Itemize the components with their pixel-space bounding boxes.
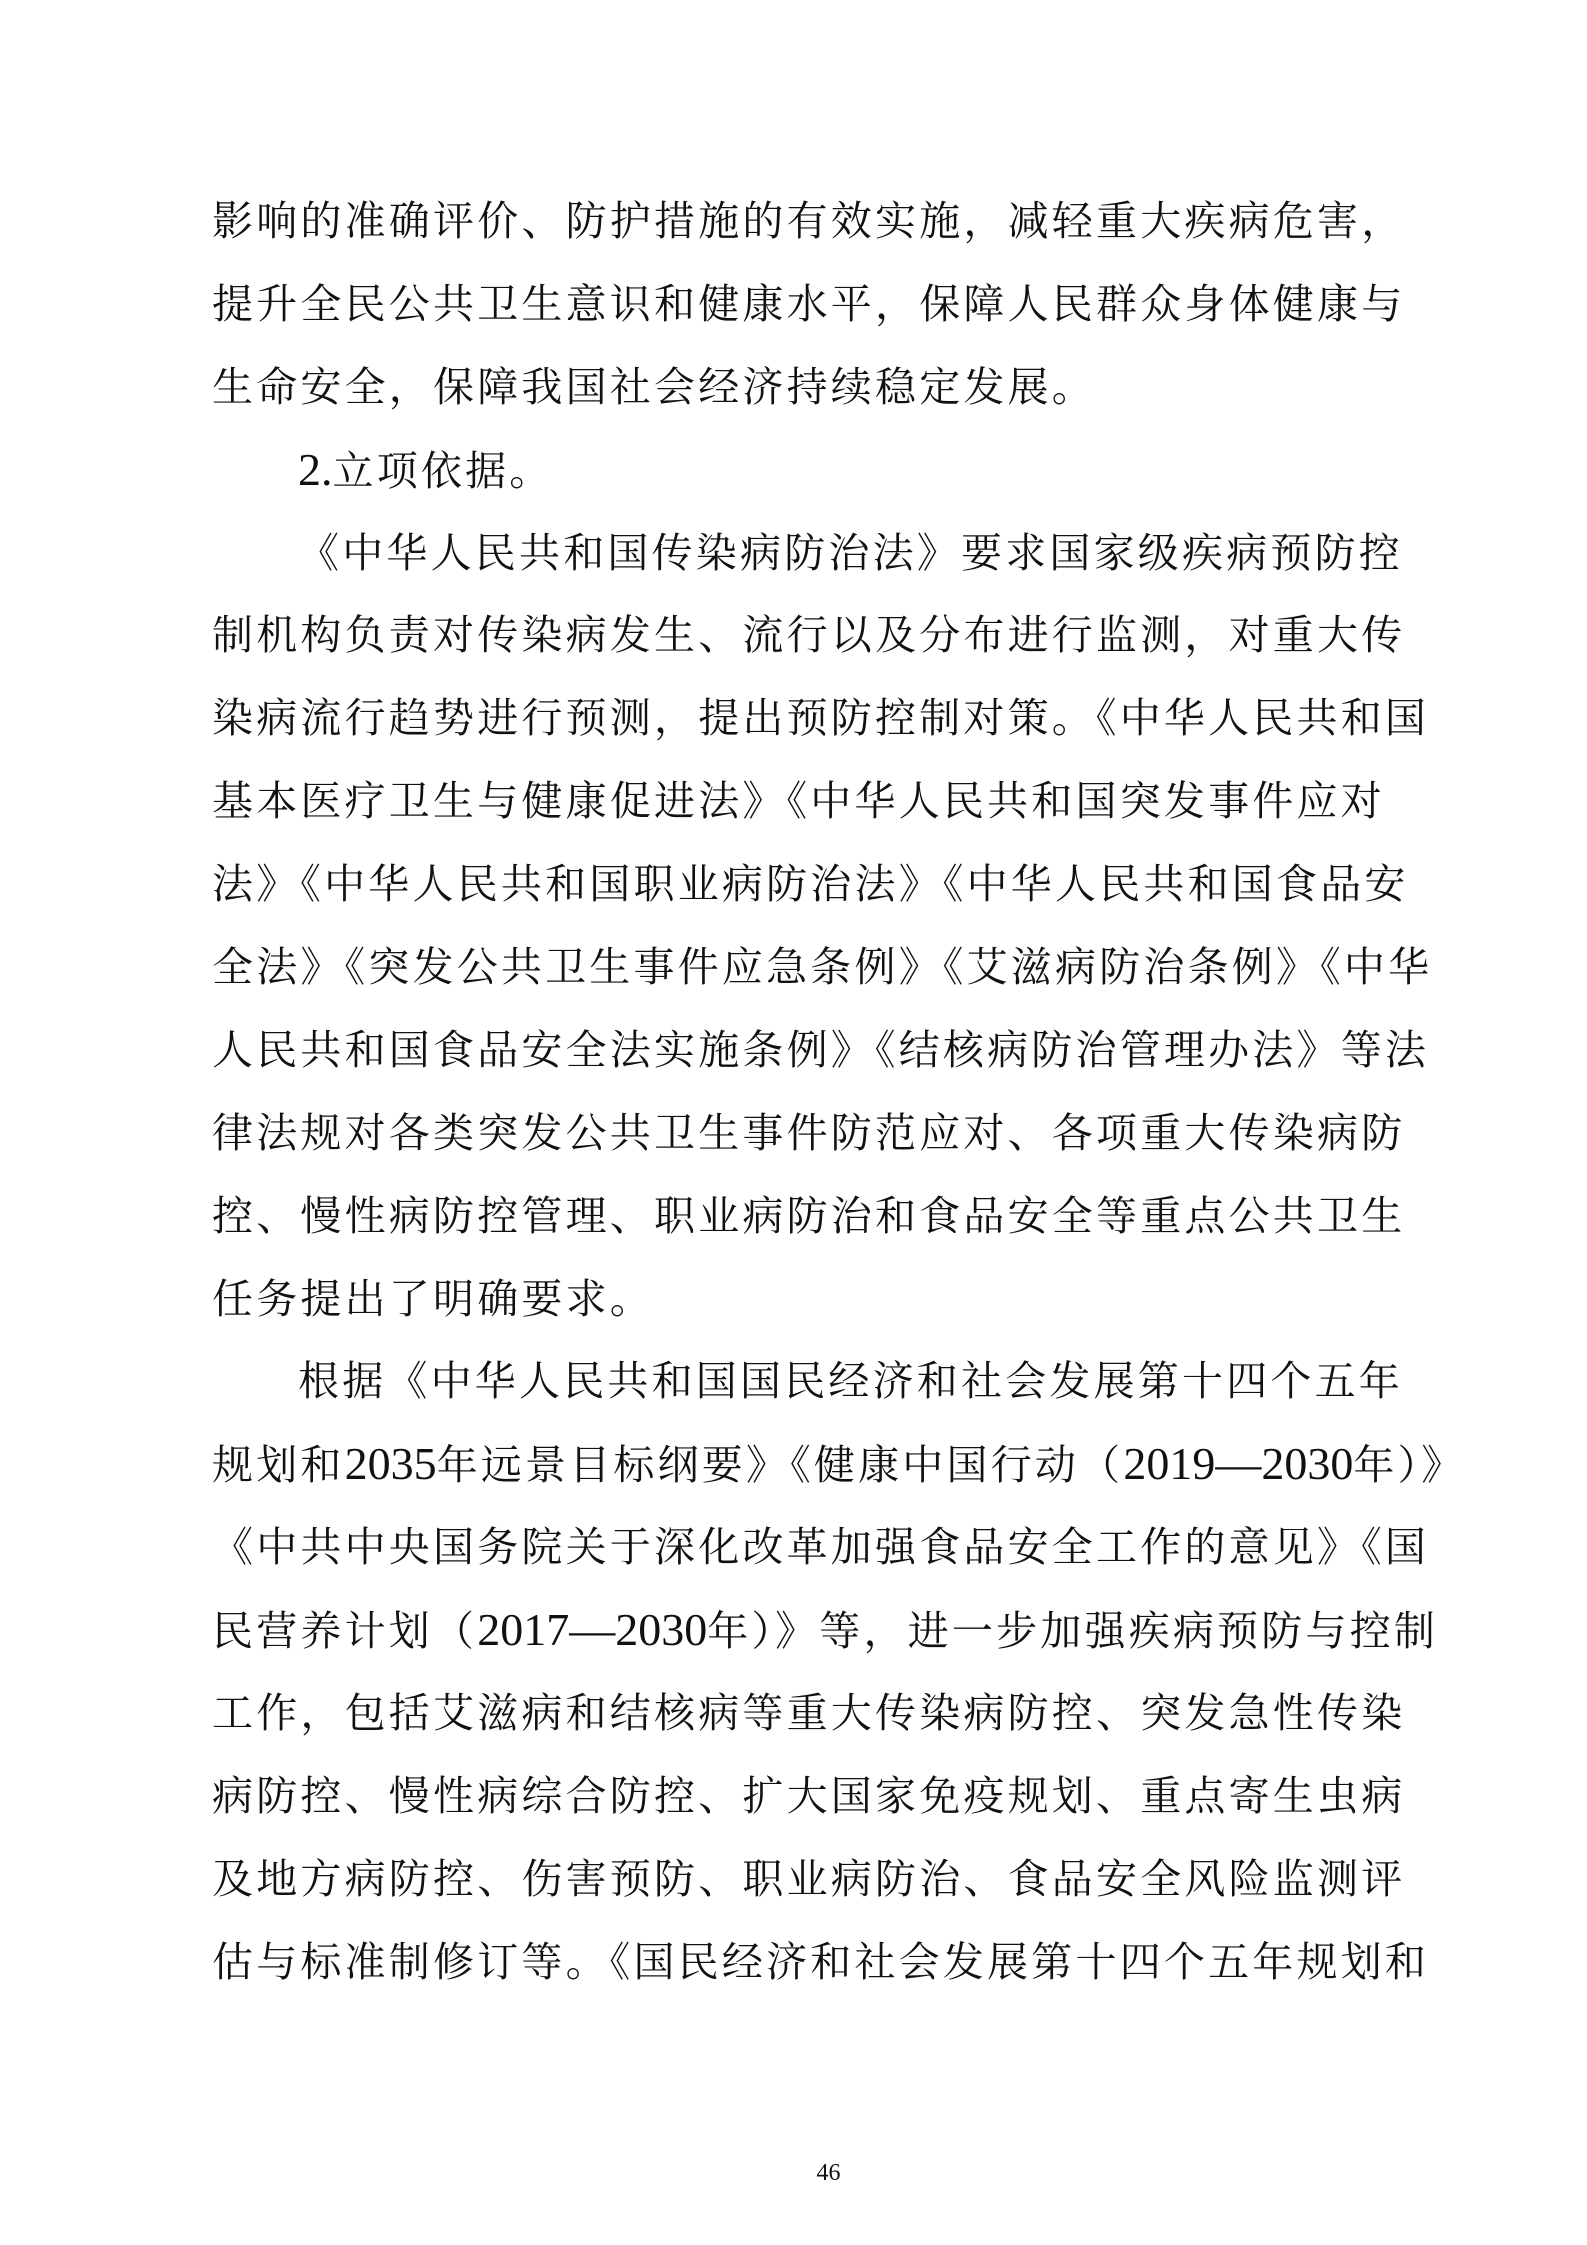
text-line: 《中华人民共和国传染病防治法》要求国家级疾病预防控: [212, 512, 1374, 595]
text-line: 影响的准确评价、防护措施的有效实施，减轻重大疾病危害，: [212, 180, 1374, 263]
number-run: 2017—2030: [477, 1604, 707, 1655]
text-line: 任务提出了明确要求。: [212, 1258, 1374, 1341]
text-line: 控、慢性病防控管理、职业病防治和食品安全等重点公共卫生: [212, 1175, 1374, 1258]
body-text: 影响的准确评价、防护措施的有效实施，减轻重大疾病危害， 提升全民公共卫生意识和健…: [212, 180, 1374, 2004]
document-page: 影响的准确评价、防护措施的有效实施，减轻重大疾病危害， 提升全民公共卫生意识和健…: [0, 0, 1587, 2245]
text-line: 律法规对各类突发公共卫生事件防范应对、各项重大传染病防: [212, 1092, 1374, 1175]
text-line: 根据《中华人民共和国国民经济和社会发展第十四个五年: [212, 1340, 1374, 1423]
number-run: 2.: [298, 444, 333, 495]
text-line: 民营养计划（2017—2030年）》等，进一步加强疾病预防与控制: [212, 1589, 1374, 1672]
number-run: 2019—2030: [1123, 1438, 1353, 1489]
text-line: 规划和2035年远景目标纲要》《健康中国行动（2019—2030年）》: [212, 1423, 1374, 1506]
text-line: 工作，包括艾滋病和结核病等重大传染病防控、突发急性传染: [212, 1672, 1374, 1755]
text-line: 制机构负责对传染病发生、流行以及分布进行监测，对重大传: [212, 594, 1374, 677]
text-line: 全法》《突发公共卫生事件应急条例》《艾滋病防治条例》《中华: [212, 926, 1374, 1009]
section-heading: 2.立项依据。: [212, 429, 1374, 512]
text-line: 提升全民公共卫生意识和健康水平，保障人民群众身体健康与: [212, 263, 1374, 346]
text-line: 病防控、慢性病综合防控、扩大国家免疫规划、重点寄生虫病: [212, 1755, 1374, 1838]
text-line: 染病流行趋势进行预测，提出预防控制对策。《中华人民共和国: [212, 677, 1374, 760]
text-line: 人民共和国食品安全法实施条例》《结核病防治管理办法》等法: [212, 1009, 1374, 1092]
text-line: 法》《中华人民共和国职业病防治法》《中华人民共和国食品安: [212, 843, 1374, 926]
text-line: 及地方病防控、伤害预防、职业病防治、食品安全风险监测评: [212, 1838, 1374, 1921]
number-run: 2035: [345, 1438, 437, 1489]
text-line: 基本医疗卫生与健康促进法》《中华人民共和国突发事件应对: [212, 760, 1374, 843]
text-line: 《中共中央国务院关于深化改革加强食品安全工作的意见》《国: [212, 1506, 1374, 1589]
text-line: 估与标准制修订等。《国民经济和社会发展第十四个五年规划和: [212, 1921, 1374, 2004]
text-line: 生命安全，保障我国社会经济持续稳定发展。: [212, 346, 1374, 429]
page-number: 46: [0, 2160, 1587, 2187]
